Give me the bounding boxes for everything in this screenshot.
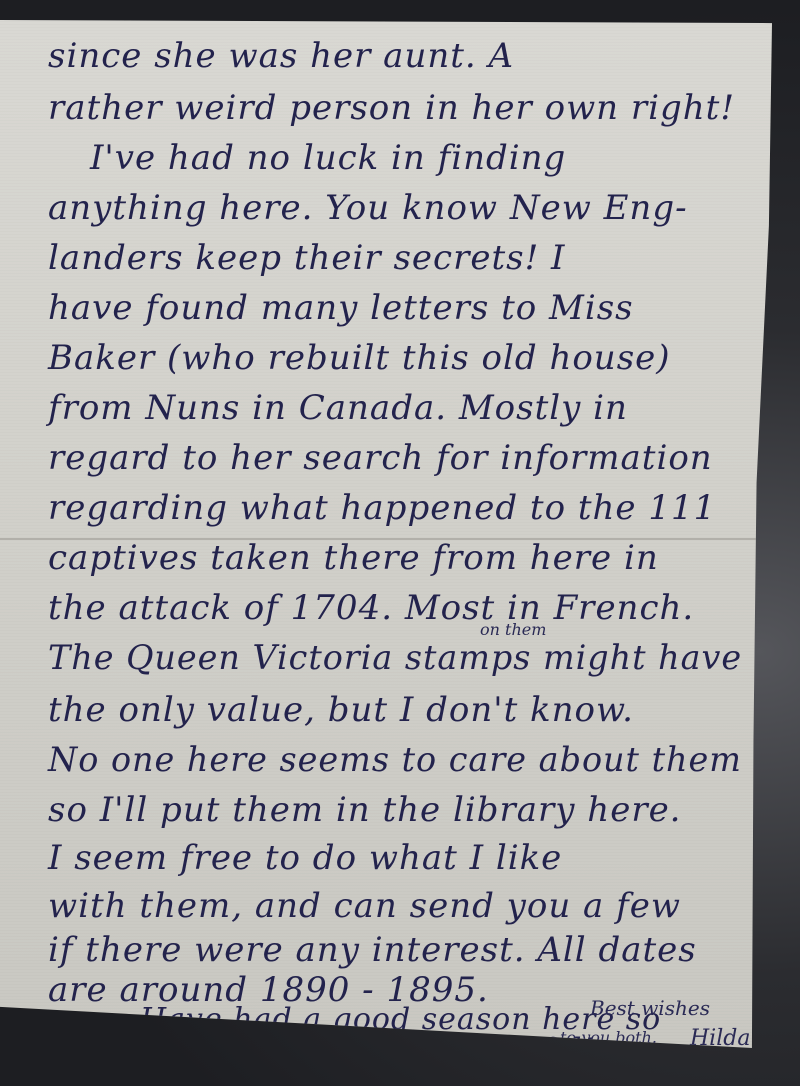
letter-line-12: the attack of 1704. Most in French. bbox=[48, 588, 694, 628]
letter-line-10: regarding what happened to the 111 bbox=[48, 488, 716, 528]
letter-line-1: since she was her aunt. A bbox=[48, 36, 514, 76]
letter-line-3: I've had no luck in finding bbox=[90, 138, 566, 178]
letter-line-16: so I'll put them in the library here. bbox=[48, 790, 682, 830]
letter-line-6: have found many letters to Miss bbox=[48, 288, 634, 328]
letter-line-19: if there were any interest. All dates bbox=[48, 930, 697, 970]
letter-line-7: Baker (who rebuilt this old house) bbox=[48, 338, 671, 378]
insertion-on-them: on them bbox=[480, 620, 546, 639]
letter-line-18: with them, and can send you a few bbox=[48, 886, 681, 926]
closing-best-wishes: Best wishes bbox=[590, 996, 710, 1020]
letter-line-15: No one here seems to care about them bbox=[48, 740, 742, 780]
letter-line-13: The Queen Victoria stamps might have bbox=[48, 638, 742, 678]
letter-line-9: regard to her search for information bbox=[48, 438, 713, 478]
letter-line-8: from Nuns in Canada. Mostly in bbox=[48, 388, 628, 428]
letter-line-17: I seem free to do what I like bbox=[48, 838, 562, 878]
letter-line-11: captives taken there from here in bbox=[48, 538, 659, 578]
letter-line-4: anything here. You know New Eng- bbox=[48, 188, 688, 228]
letter-page: since she was her aunt. A rather weird p… bbox=[0, 20, 772, 1048]
letter-line-2: rather weird person in her own right! bbox=[48, 88, 735, 128]
letter-line-5: landers keep their secrets! I bbox=[48, 238, 565, 278]
letter-line-14: the only value, but I don't know. bbox=[48, 690, 634, 730]
